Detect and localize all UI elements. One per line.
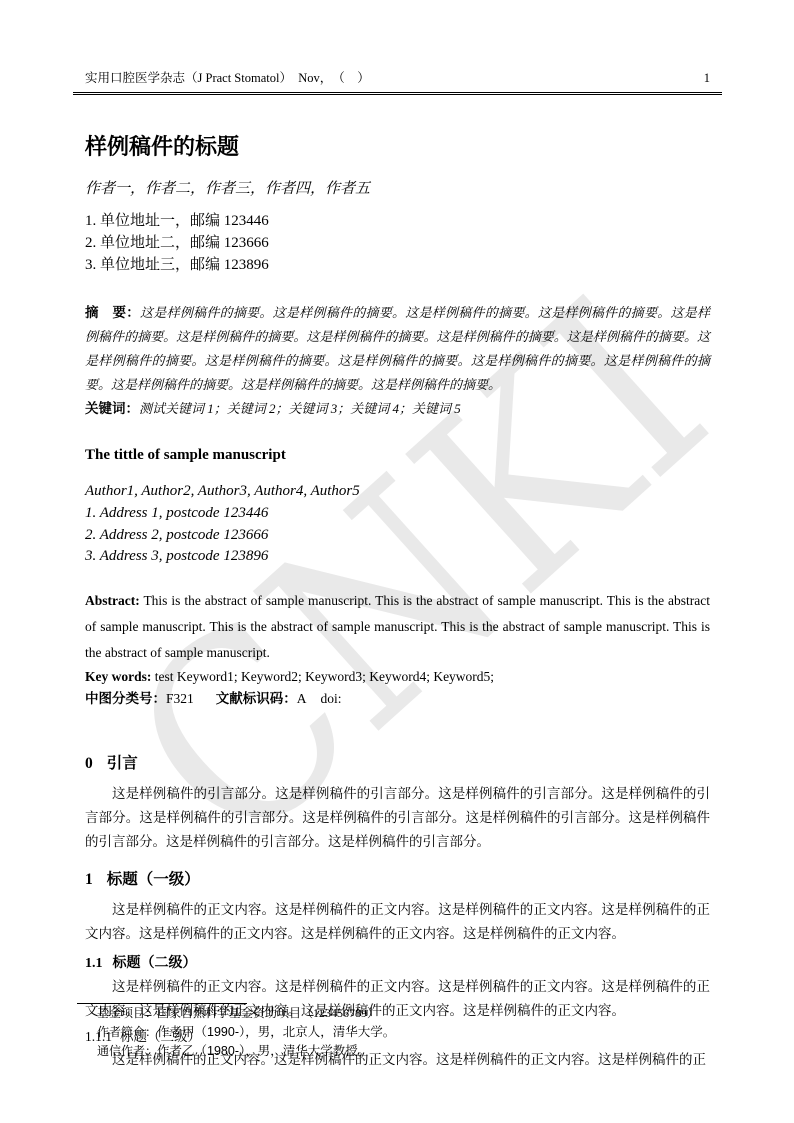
section-heading-1-1: 1.1标题（二级） <box>85 951 710 975</box>
page-content: 实用口腔医学杂志（J Pract Stomatol） Nov， （ ） 1 样例… <box>85 0 710 1072</box>
classification-line: 中图分类号：F321文献标识码：Adoi: <box>85 688 710 710</box>
doc-code-label: 文献标识码： <box>216 691 297 706</box>
doi-label: doi: <box>321 691 342 706</box>
section-number: 0 <box>85 755 93 772</box>
section-body-1: 这是样例稿件的正文内容。这是样例稿件的正文内容。这是样例稿件的正文内容。这是样例… <box>85 898 710 946</box>
keywords-en-text: test Keyword1; Keyword2; Keyword3; Keywo… <box>155 669 494 684</box>
footnote-corresponding-text: 作者乙（1980-），男，清华大学教授。 <box>157 1044 370 1058</box>
affiliation-cn-3: 3. 单位地址三，邮编 123896 <box>85 254 710 276</box>
clc-label: 中图分类号： <box>85 691 166 706</box>
affiliation-en-2: 2. Address 2, postcode 123666 <box>85 525 710 547</box>
abstract-cn-label: 摘 要： <box>85 305 140 320</box>
abstract-cn: 摘 要：这是样例稿件的摘要。这是样例稿件的摘要。这是样例稿件的摘要。这是样例稿件… <box>85 301 710 397</box>
abstract-en-text: This is the abstract of sample manuscrip… <box>85 593 710 660</box>
section-heading-intro: 0引言 <box>85 754 710 774</box>
article-title-cn: 样例稿件的标题 <box>85 133 710 161</box>
footnote-author-bio-label: 作者简介： <box>97 1025 157 1039</box>
abstract-en-label: Abstract: <box>85 593 140 608</box>
header-divider <box>73 92 722 95</box>
doc-code-value: A <box>297 691 307 706</box>
footnote-fund-label: 基金项目： <box>97 1006 157 1020</box>
page-number: 1 <box>704 70 710 86</box>
section-number: 1 <box>85 871 93 888</box>
affiliations-cn: 1. 单位地址一，邮编 123446 2. 单位地址二，邮编 123666 3.… <box>85 210 710 276</box>
clc-value: F321 <box>166 691 194 706</box>
section-number: 1.1 <box>85 956 103 971</box>
manuscript-page: CNKI 实用口腔医学杂志（J Pract Stomatol） Nov， （ ）… <box>0 0 794 1123</box>
abstract-cn-text: 这是样例稿件的摘要。这是样例稿件的摘要。这是样例稿件的摘要。这是样例稿件的摘要。… <box>85 305 710 392</box>
section-heading-1: 1标题（一级） <box>85 870 710 890</box>
abstract-en: Abstract: This is the abstract of sample… <box>85 588 710 666</box>
section-title: 标题（一级） <box>107 871 200 888</box>
article-title-en: The tittle of sample manuscript <box>85 445 710 465</box>
footnote-block: 基金项目：国家自然科学基金资助项目（123456789） 作者简介：作者甲（19… <box>85 1003 710 1061</box>
footnote-fund-text: 国家自然科学基金资助项目（123456789） <box>157 1006 379 1020</box>
journal-name: 实用口腔医学杂志（J Pract Stomatol） Nov， （ ） <box>85 70 370 86</box>
affiliation-en-1: 1. Address 1, postcode 123446 <box>85 503 710 525</box>
section-title: 引言 <box>107 755 138 772</box>
keywords-en: Key words: test Keyword1; Keyword2; Keyw… <box>85 666 710 688</box>
footnote-corresponding-label: 通信作者： <box>97 1044 157 1058</box>
affiliations-en: 1. Address 1, postcode 123446 2. Address… <box>85 503 710 568</box>
footnote-author-bio: 作者简介：作者甲（1990-），男，北京人，清华大学。 <box>97 1023 710 1042</box>
keywords-cn-label: 关键词： <box>85 401 139 416</box>
keywords-en-label: Key words: <box>85 669 151 684</box>
section-title: 标题（二级） <box>113 954 197 970</box>
affiliation-cn-1: 1. 单位地址一，邮编 123446 <box>85 210 710 232</box>
affiliation-en-3: 3. Address 3, postcode 123896 <box>85 546 710 568</box>
page-header: 实用口腔医学杂志（J Pract Stomatol） Nov， （ ） 1 <box>85 0 710 86</box>
authors-cn: 作者一，作者二，作者三，作者四，作者五 <box>85 179 710 199</box>
footnote-corresponding: 通信作者：作者乙（1980-），男，清华大学教授。 <box>97 1042 710 1061</box>
section-body-intro: 这是样例稿件的引言部分。这是样例稿件的引言部分。这是样例稿件的引言部分。这是样例… <box>85 782 710 854</box>
keywords-cn: 关键词：测试关键词 1；关键词 2；关键词 3；关键词 4；关键词 5 <box>85 397 710 421</box>
footnote-fund: 基金项目：国家自然科学基金资助项目（123456789） <box>97 1004 710 1023</box>
keywords-cn-text: 测试关键词 1；关键词 2；关键词 3；关键词 4；关键词 5 <box>139 401 461 416</box>
authors-en: Author1, Author2, Author3, Author4, Auth… <box>85 481 710 502</box>
affiliation-cn-2: 2. 单位地址二，邮编 123666 <box>85 232 710 254</box>
footnote-author-bio-text: 作者甲（1990-），男，北京人，清华大学。 <box>157 1025 395 1039</box>
